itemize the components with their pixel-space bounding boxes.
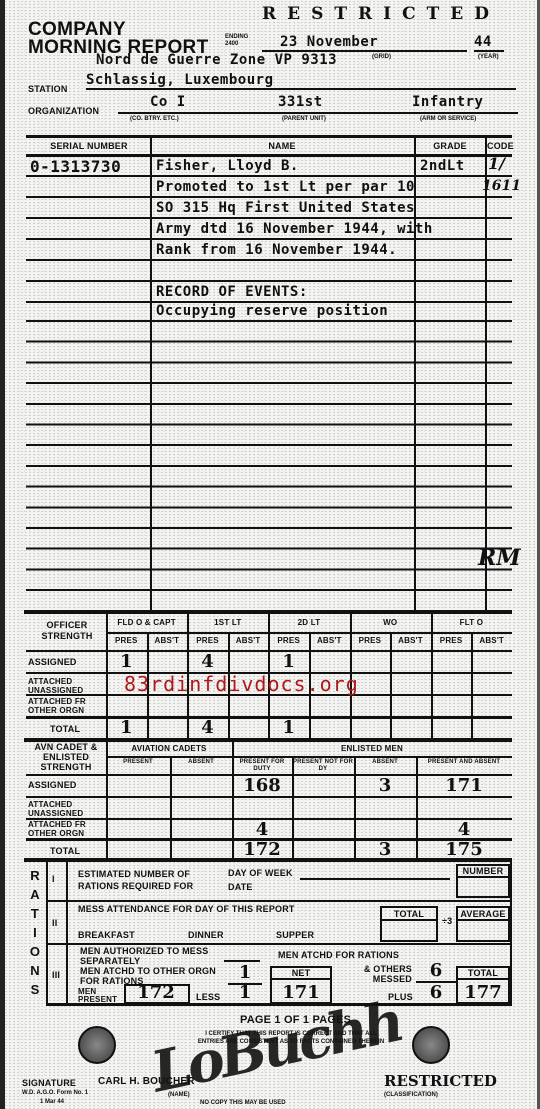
- rule: [26, 175, 512, 177]
- officer-cell: 4: [187, 651, 228, 672]
- enlisted-cell: 4: [232, 819, 292, 840]
- officer-cell: 1: [268, 717, 309, 738]
- roster-blank-lines: [26, 320, 512, 610]
- officer-cell: 1: [106, 651, 147, 672]
- net-value: 171: [272, 982, 330, 1003]
- rations-total-label: TOTAL: [458, 968, 508, 980]
- enlisted-col-header: ABSENT: [170, 759, 232, 766]
- officer-group-header: FLD O & CAPT: [106, 618, 187, 627]
- location: Nord de Guerre Zone VP 9313: [96, 52, 337, 68]
- officer-row-assigned: ASSIGNED: [28, 657, 77, 667]
- divide-by-three: ÷3: [442, 916, 452, 926]
- officer-subcol-header: PRES: [431, 636, 472, 645]
- rule: [26, 280, 512, 282]
- col-divider: [170, 756, 172, 858]
- officer-subcol-header: ABS'T: [309, 636, 350, 645]
- officer-cell: 4: [187, 717, 228, 738]
- section-i-label: ESTIMATED NUMBER OF RATIONS REQUIRED FOR: [78, 868, 208, 892]
- rations-total-value: 177: [458, 982, 508, 1003]
- men-present-value: 172: [126, 982, 186, 1003]
- signature-label: SIGNATURE: [22, 1078, 76, 1088]
- enlisted-cell: 172: [232, 839, 292, 860]
- rations-divider: [46, 860, 48, 1005]
- rule: [26, 135, 512, 138]
- officer-group-header: 2D LT: [268, 618, 349, 627]
- enlisted-row-assigned: ASSIGNED: [28, 780, 77, 790]
- enlisted-cell: 3: [354, 775, 416, 796]
- organization-label: ORGANIZATION: [28, 106, 99, 116]
- org-regiment-label: (PARENT UNIT): [282, 116, 326, 122]
- rations-letter: R: [26, 866, 44, 885]
- officer-strength-title: OFFICER STRENGTH: [28, 620, 106, 642]
- rations-letter: O: [26, 942, 44, 961]
- officer-subcol-header: ABS'T: [471, 636, 512, 645]
- rule: [26, 196, 512, 198]
- col-divider: [150, 135, 152, 610]
- men-present-label: MEN PRESENT: [78, 988, 124, 1004]
- no-copy-note: NO COPY THIS MAY BE USED: [200, 1100, 286, 1106]
- report-date: 23 November: [262, 34, 467, 52]
- total-box-label: TOTAL: [382, 909, 436, 921]
- rations-side-label: R A T I O N S: [26, 866, 44, 999]
- punch-hole: [412, 1026, 450, 1064]
- men-atchd-for-rations-label: MEN ATCHD FOR RATIONS: [278, 950, 399, 960]
- roster-text-3: Army dtd 16 November 1944, with: [156, 221, 433, 237]
- officer-group-header: 1ST LT: [187, 618, 268, 627]
- roster-code-0: 1/: [488, 154, 505, 173]
- officer-row-attached-other: ATTACHED FR OTHER ORGN: [28, 697, 104, 715]
- classification-note: (CLASSIFICATION): [384, 1092, 438, 1098]
- dinner-label: DINNER: [188, 930, 224, 940]
- less-value: 1: [228, 982, 262, 1005]
- enlisted-strength-table: AVIATION CADETSENLISTED MENPRESENTABSENT…: [106, 742, 512, 858]
- record-of-events-heading: RECORD OF EVENTS:: [156, 284, 308, 300]
- date-label: DATE: [228, 882, 253, 892]
- col-name: NAME: [152, 141, 412, 151]
- col-divider: [414, 135, 416, 610]
- officer-row-total: TOTAL: [50, 724, 80, 734]
- rations-letter: I: [26, 923, 44, 942]
- rule: [106, 756, 512, 758]
- ending-label: ENDING 2400: [225, 34, 257, 48]
- section-i-number: I: [52, 874, 55, 884]
- breakfast-label: BREAKFAST: [78, 930, 135, 940]
- others-messed-value: 6: [416, 960, 456, 983]
- col-divider: [485, 135, 487, 610]
- rule: [26, 796, 512, 798]
- officer-cell: 1: [106, 717, 147, 738]
- org-arm-label: (ARM OR SERVICE): [420, 116, 476, 122]
- rule: [26, 259, 512, 261]
- officer-row-attached-unassigned: ATTACHED UNASSIGNED: [28, 677, 104, 695]
- col-grade: GRADE: [416, 141, 484, 151]
- aviation-cadets-header: AVIATION CADETS: [106, 744, 232, 753]
- officer-group-header: WO: [350, 618, 431, 627]
- enlisted-cell: 175: [416, 839, 512, 860]
- section-iii-number: III: [52, 970, 60, 980]
- org-arm: Infantry: [412, 94, 483, 110]
- others-messed-label: & OTHERS MESSED: [342, 964, 412, 984]
- col-serial-number: SERIAL NUMBER: [30, 141, 148, 151]
- initials-mark: RM: [478, 545, 521, 571]
- roster-text-0: Fisher, Lloyd B.: [156, 158, 299, 174]
- enlisted-col-header: PRESENT NOT FOR DY: [292, 759, 354, 773]
- roster-serial-0: 0-1313730: [30, 157, 121, 176]
- record-of-events-text: Occupying reserve position: [156, 303, 388, 319]
- average-box-label: AVERAGE: [458, 909, 508, 921]
- roster-grade-0: 2ndLt: [420, 158, 465, 174]
- rule: [46, 900, 512, 902]
- net-label: NET: [272, 968, 330, 980]
- officer-group-header: FLT O: [431, 618, 512, 627]
- plus-value: 6: [416, 982, 456, 1003]
- scan-edge: [0, 0, 5, 1109]
- enlisted-col-header: PRESENT AND ABSENT: [416, 759, 512, 766]
- classification-bottom: RESTRICTED: [384, 1072, 497, 1090]
- officer-subcol-header: ABS'T: [228, 636, 269, 645]
- section-ii-number: II: [52, 918, 57, 928]
- rule: [26, 238, 512, 240]
- report-year: 44: [474, 34, 504, 52]
- rations-letter: N: [26, 961, 44, 980]
- enlisted-col-header: PRESENT: [106, 759, 170, 766]
- rule: [24, 858, 512, 862]
- location-label: (GRID): [372, 54, 391, 60]
- officer-subcol-header: PRES: [268, 636, 309, 645]
- watermark: 83rdinfdivdocs.org: [124, 672, 359, 696]
- signature: LoBuchh: [146, 988, 407, 1105]
- enlisted-strength-title: AVN CADET & ENLISTED STRENGTH: [26, 742, 106, 772]
- rule: [46, 943, 512, 945]
- number-box-label: NUMBER: [458, 866, 508, 878]
- enlisted-col-header: ABSENT: [354, 759, 416, 766]
- section-ii-label: MESS ATTENDANCE FOR DAY OF THIS REPORT: [78, 904, 295, 914]
- rations-letter: A: [26, 885, 44, 904]
- classification-top: RESTRICTED: [262, 4, 500, 24]
- enlisted-cell: 4: [416, 819, 512, 840]
- officer-subcol-header: ABS'T: [390, 636, 431, 645]
- enlisted-cell: 3: [354, 839, 416, 860]
- officer-subcol-header: PRES: [106, 636, 147, 645]
- supper-label: SUPPER: [276, 930, 314, 940]
- enlisted-men-header: ENLISTED MEN: [232, 744, 512, 753]
- officer-subcol-header: ABS'T: [147, 636, 188, 645]
- officer-subcol-header: PRES: [187, 636, 228, 645]
- col-code: CODE: [487, 141, 513, 151]
- rule: [26, 217, 512, 219]
- signer-name: CARL H. BOUCHER: [98, 1076, 195, 1087]
- rations-divider: [510, 860, 512, 1005]
- roster-text-2: SO 315 Hq First United States: [156, 200, 415, 216]
- col-divider: [390, 632, 392, 738]
- officer-cell: 1: [268, 651, 309, 672]
- rations-letter: T: [26, 904, 44, 923]
- org-regiment: 331st: [278, 94, 323, 110]
- station-value: Schlassig, Luxembourg: [86, 72, 516, 90]
- roster-code-1: 1611: [482, 178, 521, 194]
- roster-text-4: Rank from 16 November 1944.: [156, 242, 397, 258]
- enlisted-cell: 168: [232, 775, 292, 796]
- col-divider: [471, 632, 473, 738]
- day-of-week-label: DAY OF WEEK: [228, 868, 293, 878]
- form-number: W.D. A.G.O. Form No. 1: [22, 1090, 88, 1096]
- less-label: LESS: [196, 992, 220, 1002]
- org-company-label: (CO. BTRY. ETC.): [130, 116, 179, 122]
- day-of-week-field: [300, 868, 450, 880]
- rations-divider: [66, 860, 68, 1005]
- year-label: (YEAR): [478, 54, 499, 60]
- enlisted-cell: 171: [416, 775, 512, 796]
- enlisted-col-header: PRESENT FOR DUTY: [232, 759, 292, 773]
- station-label: STATION: [28, 84, 68, 94]
- punch-hole: [78, 1026, 116, 1064]
- rations-letter: S: [26, 980, 44, 999]
- officer-subcol-header: PRES: [350, 636, 391, 645]
- enlisted-row-attached-unassigned: ATTACHED UNASSIGNED: [28, 800, 104, 818]
- roster-text-1: Promoted to 1st Lt per par 10: [156, 179, 415, 195]
- signer-title-label: (NAME): [168, 1092, 190, 1098]
- org-company: Co I: [150, 94, 186, 110]
- enlisted-row-attached-other: ATTACHED FR OTHER ORGN: [28, 820, 104, 838]
- enlisted-row-total: TOTAL: [50, 846, 80, 856]
- form-date: 1 Mar 44: [40, 1099, 64, 1105]
